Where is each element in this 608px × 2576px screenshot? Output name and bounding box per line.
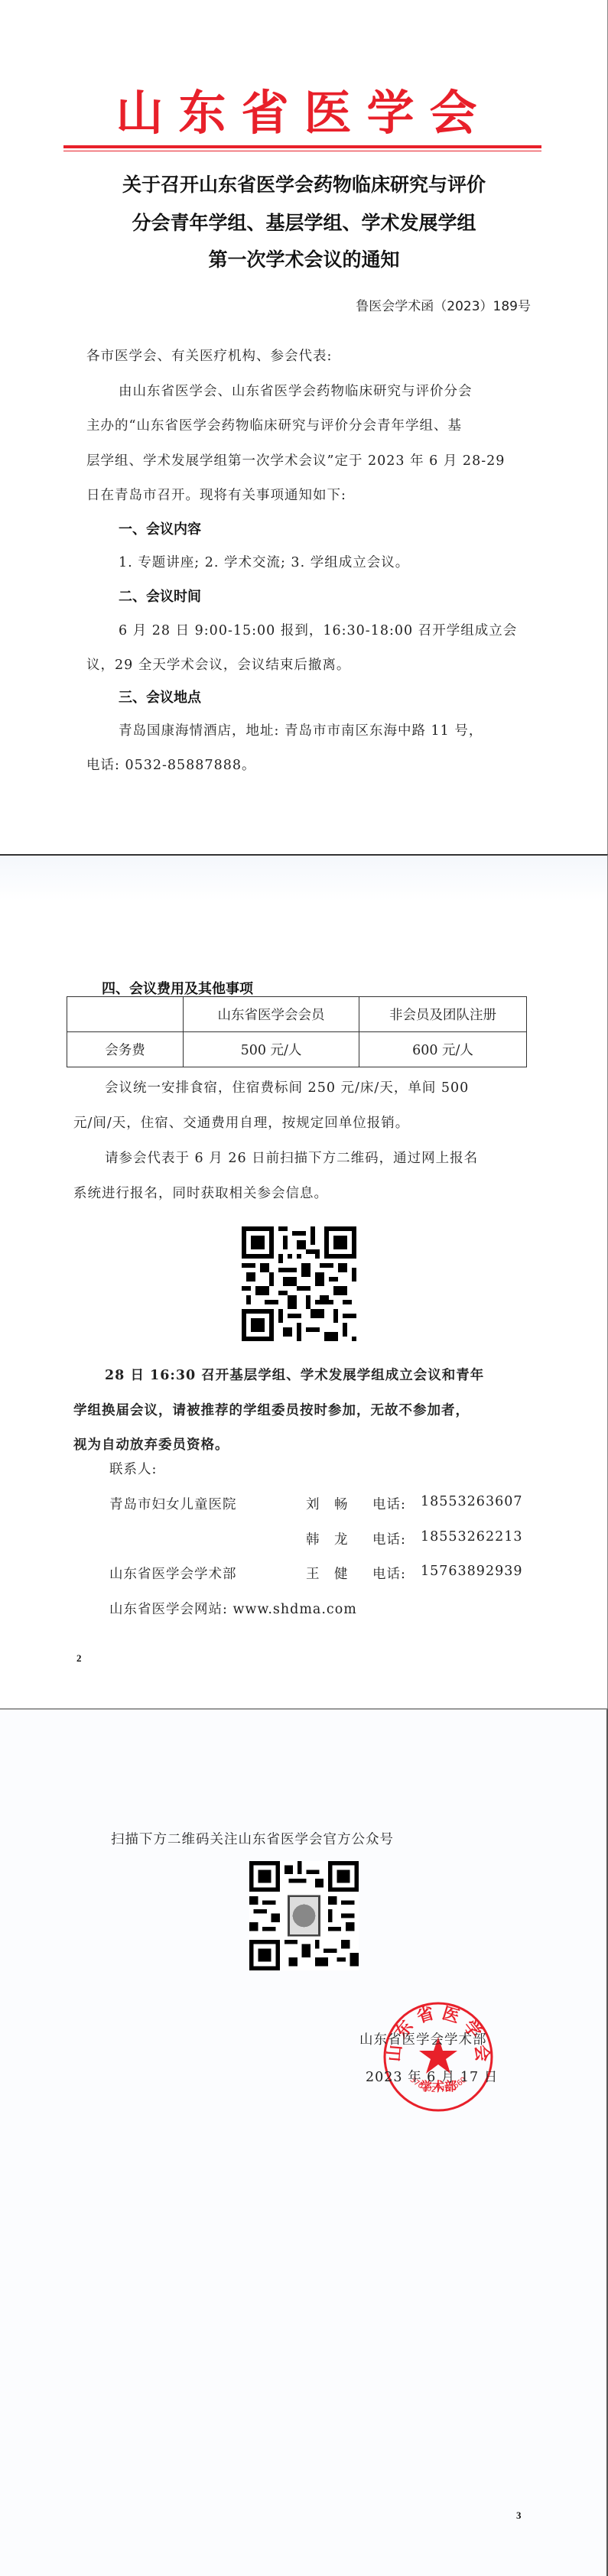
contact-phone-label-2: 电话: [372, 1529, 406, 1548]
letterhead-divider-thin [63, 151, 541, 151]
document-number: 鲁医会学术函（2023）189号 [356, 295, 531, 314]
wechat-prompt: 扫描下方二维码关注山东省医学会官方公众号 [111, 1829, 394, 1848]
wechat-qr-code[interactable] [249, 1861, 359, 1970]
fee-table: 山东省医学会会员 非会员及团队注册 会务费 500 元/人 600 元/人 [67, 996, 527, 1067]
intro-line-4: 日在青岛市召开。现将有关事项通知如下: [86, 485, 346, 504]
time-line-2: 议，29 全天学术会议，会议结束后撤离。 [86, 655, 350, 674]
letterhead-divider [63, 145, 541, 148]
contact-phone-1: 18553263607 [421, 1494, 522, 1509]
contact-phone-label-3: 电话: [372, 1564, 406, 1583]
seal-icon: 山 东 省 医 学 会 学术部 3701027787660 [382, 2000, 495, 2113]
page-number-3: 3 [516, 2509, 522, 2522]
notice-title-line-1: 关于召开山东省医学会药物临床研究与评价 [0, 170, 608, 197]
fee-table-header-member: 山东省医学会会员 [184, 997, 359, 1032]
lodging-line-2: 元/间/天，住宿、交通费用自理，按规定回单位报销。 [73, 1113, 409, 1132]
page-number-2: 2 [76, 1652, 82, 1665]
notice-bold-line-1: 28 日 16:30 召开基层学组、学术发展学组成立会议和青年 [105, 1365, 484, 1384]
registration-qr-code[interactable] [242, 1226, 356, 1341]
intro-line-1: 由山东省医学会、山东省医学会药物临床研究与评价分会 [119, 381, 473, 400]
signature-date: 2023 年 6 月 17 日 [366, 2067, 498, 2086]
content-text: 1. 专题讲座; 2. 学术交流; 3. 学组成立会议。 [119, 552, 409, 571]
intro-line-3: 层学组、学术发展学组第一次学术会议”定于 2023 年 6 月 28-29 [86, 450, 505, 469]
fee-table-header-empty [67, 997, 184, 1032]
signature-org: 山东省医学会学术部 [359, 2029, 487, 2048]
contact-org-3: 山东省医学会学术部 [109, 1564, 237, 1583]
website-link[interactable]: 山东省医学会网站: www.shdma.com [109, 1599, 357, 1618]
notice-bold-line-2: 学组换届会议，请被推荐的学组委员按时参加，无故不参加者， [73, 1400, 470, 1419]
contact-name-3: 王 健 [306, 1564, 349, 1583]
salutation: 各市医学会、有关医疗机构、参会代表: [86, 346, 332, 365]
fee-member-value: 500 元/人 [184, 1032, 359, 1067]
location-line-2: 电话: 0532-85887888。 [86, 755, 255, 774]
page-3: 扫描下方二维码关注山东省医学会官方公众号 [0, 1708, 608, 2576]
registration-line-2: 系统进行报名，同时获取相关参会信息。 [73, 1183, 328, 1202]
fee-table-header-row: 山东省医学会会员 非会员及团队注册 [67, 997, 527, 1032]
section-heading-time: 二、会议时间 [119, 586, 201, 606]
section-heading-fees: 四、会议费用及其他事项 [102, 978, 253, 998]
notice-title-line-3: 第一次学术会议的通知 [0, 245, 608, 272]
qr-code-icon [249, 1861, 359, 1970]
page-1: 山东省医学会 关于召开山东省医学会药物临床研究与评价 分会青年学组、基层学组、学… [0, 0, 608, 854]
notice-title-line-2: 分会青年学组、基层学组、学术发展学组 [0, 208, 608, 236]
contact-org-1: 青岛市妇女儿童医院 [109, 1494, 237, 1513]
letterhead-title: 山东省医学会 [0, 75, 608, 143]
lodging-line-1: 会议统一安排食宿，住宿费标间 250 元/床/天，单间 500 [105, 1077, 469, 1096]
time-line-1: 6 月 28 日 9:00-15:00 报到，16:30-18:00 召开学组成… [119, 620, 517, 639]
location-line-1: 青岛国康海情酒店，地址: 青岛市市南区东海中路 11 号， [119, 720, 483, 739]
notice-bold-line-3: 视为自动放弃委员资格。 [73, 1434, 229, 1454]
contacts-label: 联系人: [109, 1459, 157, 1478]
intro-line-2: 主办的“山东省医学会药物临床研究与评价分会青年学组、基 [86, 415, 462, 434]
official-seal: 山 东 省 医 学 会 学术部 3701027787660 [382, 2000, 495, 2113]
contact-name-2: 韩 龙 [306, 1529, 349, 1548]
qr-code-icon [242, 1226, 356, 1341]
page-2: 四、会议费用及其他事项 山东省医学会会员 非会员及团队注册 会务费 500 元/… [0, 854, 608, 1708]
contact-phone-2: 18553262213 [421, 1529, 522, 1545]
section-heading-location: 三、会议地点 [119, 687, 201, 707]
fee-table-header-nonmember: 非会员及团队注册 [359, 997, 527, 1032]
section-heading-content: 一、会议内容 [119, 518, 201, 538]
fee-row-label: 会务费 [67, 1032, 184, 1067]
contact-phone-label-1: 电话: [372, 1494, 406, 1513]
fee-nonmember-value: 600 元/人 [359, 1032, 527, 1067]
table-row: 会务费 500 元/人 600 元/人 [67, 1032, 527, 1067]
registration-line-1: 请参会代表于 6 月 26 日前扫描下方二维码，通过网上报名 [105, 1148, 478, 1167]
contact-name-1: 刘 畅 [306, 1494, 349, 1513]
contact-phone-3: 15763892939 [421, 1564, 522, 1579]
